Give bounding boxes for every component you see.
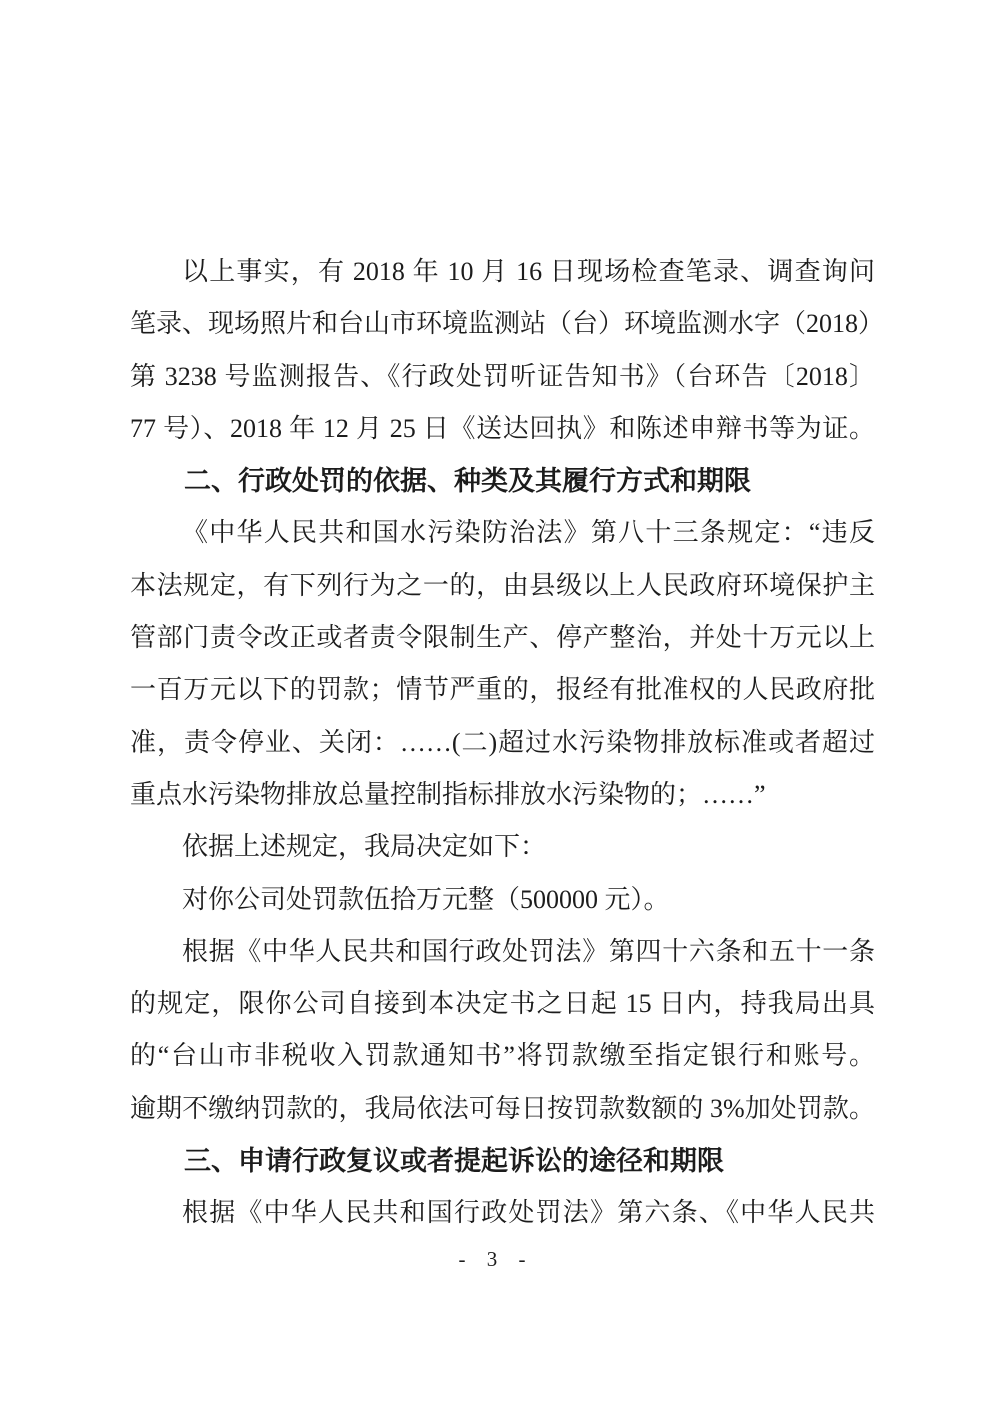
evidence-paragraph-line-4: 77 号）、2018 年 12 月 25 日《送达回执》和陈述申辩书等为证。: [130, 403, 875, 455]
legal-basis-paragraph-line-4: 一百万元以下的罚款；情节严重的，报经有批准权的人民政府批: [130, 664, 875, 716]
payment-paragraph-line-1: 根据《中华人民共和国行政处罚法》第四十六条和五十一条: [130, 926, 875, 978]
payment-paragraph-line-4: 逾期不缴纳罚款的，我局依法可每日按罚款数额的 3%加处罚款。: [130, 1083, 875, 1135]
page-number: - 3 -: [459, 1247, 534, 1271]
evidence-paragraph-line-3: 第 3238 号监测报告、《行政处罚听证告知书》（台环告〔2018〕: [130, 351, 875, 403]
document-page: 以上事实，有 2018 年 10 月 16 日现场检查笔录、调查询问 笔录、现场…: [0, 0, 992, 1403]
legal-basis-paragraph-line-2: 本法规定，有下列行为之一的，由县级以上人民政府环境保护主: [130, 560, 875, 612]
evidence-paragraph-line-1: 以上事实，有 2018 年 10 月 16 日现场检查笔录、调查询问: [130, 246, 875, 298]
legal-basis-paragraph-line-1: 《中华人民共和国水污染防治法》第八十三条规定：“违反: [130, 507, 875, 559]
decision-intro-line: 依据上述规定，我局决定如下：: [130, 821, 875, 873]
section-3-heading: 三、申请行政复议或者提起诉讼的途径和期限: [130, 1135, 875, 1187]
payment-paragraph-line-3: 的“台山市非税收入罚款通知书”将罚款缴至指定银行和账号。: [130, 1030, 875, 1082]
document-body: 以上事实，有 2018 年 10 月 16 日现场检查笔录、调查询问 笔录、现场…: [130, 246, 875, 1240]
payment-paragraph-line-2: 的规定，限你公司自接到本决定书之日起 15 日内，持我局出具: [130, 978, 875, 1030]
legal-basis-paragraph-line-6: 重点水污染物排放总量控制指标排放水污染物的；……”: [130, 769, 875, 821]
appeal-paragraph-line-1: 根据《中华人民共和国行政处罚法》第六条、《中华人民共: [130, 1187, 875, 1239]
legal-basis-paragraph-line-5: 准，责令停业、关闭：……(二)超过水污染物排放标准或者超过: [130, 717, 875, 769]
penalty-amount-line: 对你公司处罚款伍拾万元整（500000 元）。: [130, 874, 875, 926]
page-footer: - 3 -: [0, 1247, 992, 1272]
evidence-paragraph-line-2: 笔录、现场照片和台山市环境监测站（台）环境监测水字（2018）: [130, 298, 875, 350]
section-2-heading: 二、行政处罚的依据、种类及其履行方式和期限: [130, 455, 875, 507]
legal-basis-paragraph-line-3: 管部门责令改正或者责令限制生产、停产整治，并处十万元以上: [130, 612, 875, 664]
